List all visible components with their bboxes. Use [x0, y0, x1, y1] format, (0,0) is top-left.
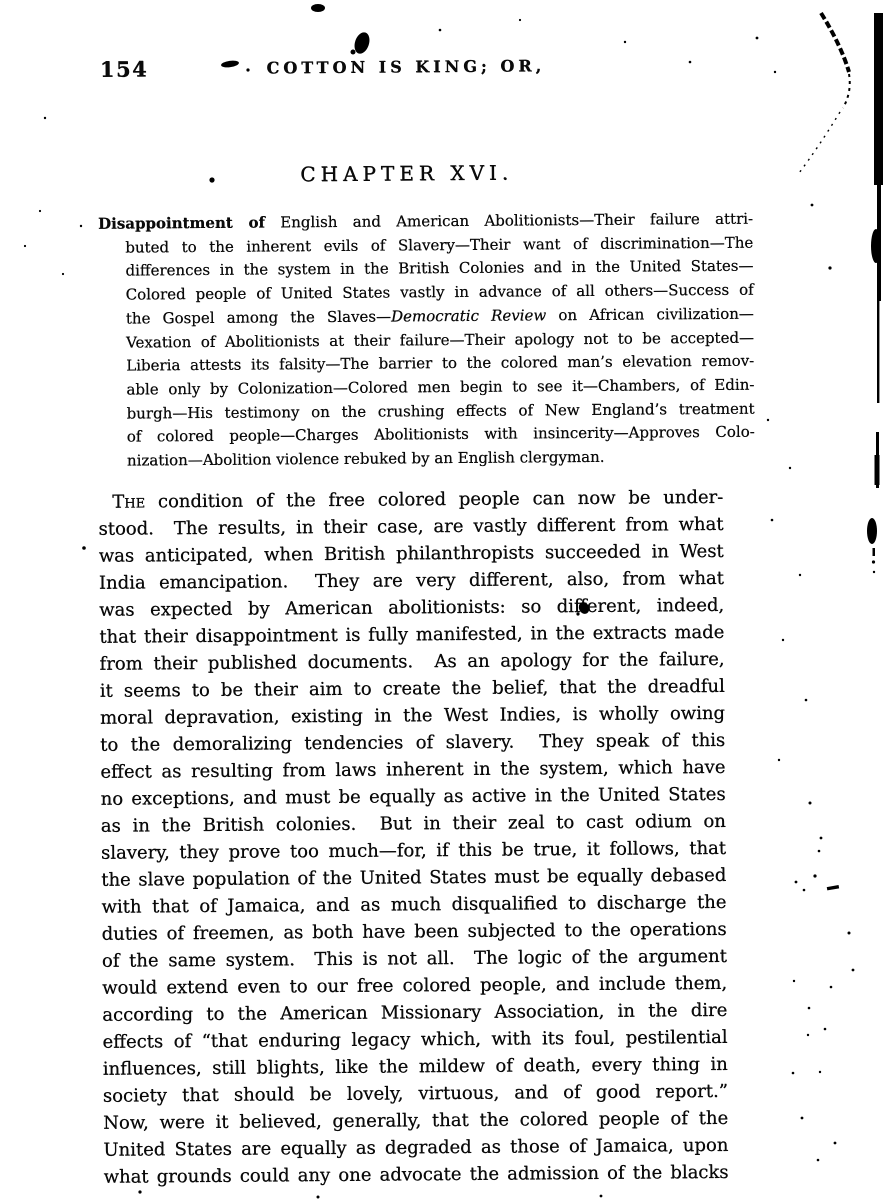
- body-smallcaps-lead: The: [112, 491, 145, 512]
- scanned-book-page: 154 COTTON IS KING; OR, CHAPTER XVI. Dis…: [0, 0, 885, 1200]
- synopsis-line-text: the Gospel among the Slaves—: [126, 307, 391, 327]
- chapter-heading: CHAPTER XVI.: [87, 159, 727, 188]
- synopsis-italic-title: Democratic Review: [391, 306, 546, 325]
- synopsis-line-text: English and American Abolitionists—Their…: [265, 210, 753, 232]
- synopsis-line: nization—Abolition violence rebuked by a…: [100, 445, 755, 474]
- synopsis-lead-bold: Disappointment of: [98, 213, 265, 232]
- page-content: 154 COTTON IS KING; OR, CHAPTER XVI. Dis…: [0, 0, 885, 1200]
- body-line-text: condition of the free colored people can…: [145, 487, 723, 513]
- chapter-synopsis: Disappointment of English and American A…: [98, 208, 755, 474]
- synopsis-line-text: on African civilization—: [546, 304, 754, 324]
- body-line: what grounds could any one advocate the …: [103, 1159, 728, 1191]
- body-text: The condition of the free colored people…: [98, 484, 728, 1191]
- running-title: COTTON IS KING; OR,: [86, 55, 726, 79]
